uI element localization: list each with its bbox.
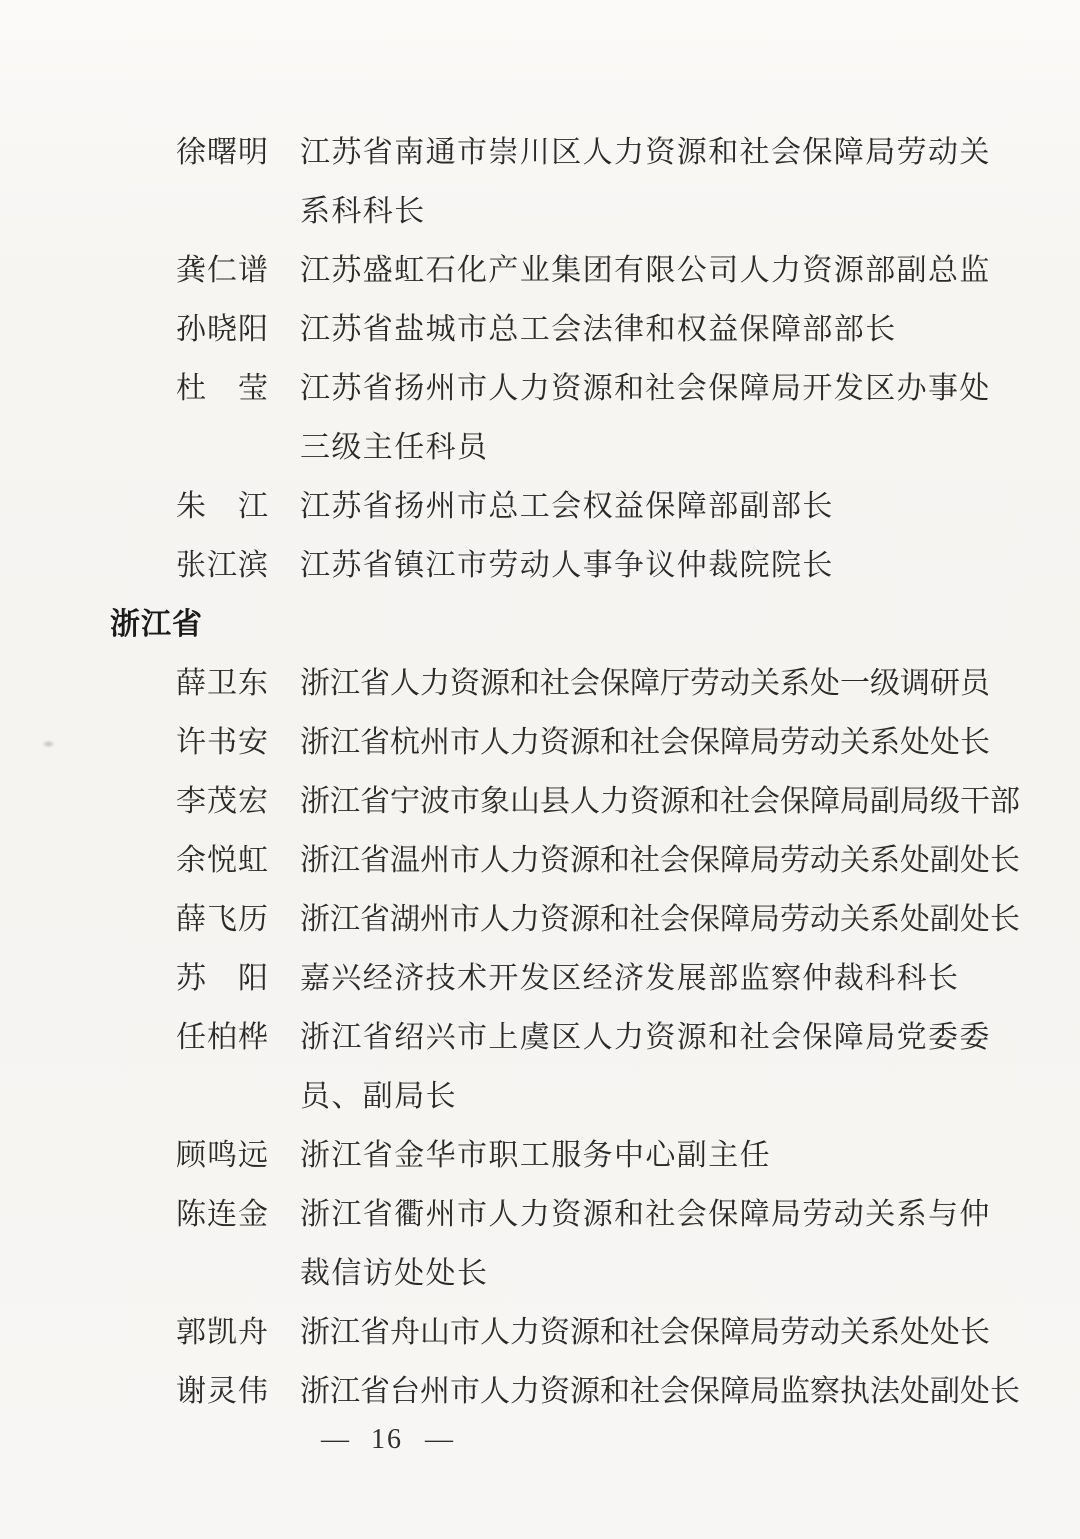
roster-entry: 苏 阳嘉兴经济技术开发区经济发展部监察仲裁科科长 — [176, 949, 1024, 1008]
roster-entry: 顾鸣远浙江省金华市职工服务中心副主任 — [176, 1126, 1024, 1185]
roster-list: 徐曙明江苏省南通市崇川区人力资源和社会保障局劳动关系科科长龚仁谱江苏盛虹石化产业… — [176, 123, 1024, 1421]
person-name: 郭凯舟 — [176, 1303, 300, 1362]
page-footer: — 16 — — [321, 1419, 1024, 1461]
person-title: 江苏盛虹石化产业集团有限公司人力资源部副总监 — [300, 241, 1024, 300]
roster-entry: 余悦虹浙江省温州市人力资源和社会保障局劳动关系处副处长 — [176, 831, 1024, 890]
roster-entry: 薛飞历浙江省湖州市人力资源和社会保障局劳动关系处副处长 — [176, 890, 1024, 949]
person-title: 江苏省镇江市劳动人事争议仲裁院院长 — [300, 536, 1024, 595]
person-title: 浙江省金华市职工服务中心副主任 — [300, 1126, 1024, 1185]
person-title: 江苏省扬州市总工会权益保障部副部长 — [300, 477, 1024, 536]
person-title: 嘉兴经济技术开发区经济发展部监察仲裁科科长 — [300, 949, 1024, 1008]
person-title: 江苏省南通市崇川区人力资源和社会保障局劳动关系科科长 — [300, 123, 1024, 241]
person-name: 杜 莹 — [176, 359, 300, 418]
person-name: 任柏桦 — [176, 1008, 300, 1067]
title-line: 浙江省宁波市象山县人力资源和社会保障局副局级干部 — [300, 772, 1024, 831]
person-title: 浙江省绍兴市上虞区人力资源和社会保障局党委委员、副局长 — [300, 1008, 1024, 1126]
title-line: 浙江省舟山市人力资源和社会保障局劳动关系处处长 — [300, 1303, 1024, 1362]
title-line: 江苏盛虹石化产业集团有限公司人力资源部副总监 — [300, 241, 1024, 300]
person-title: 浙江省湖州市人力资源和社会保障局劳动关系处副处长 — [300, 890, 1024, 949]
person-title: 浙江省宁波市象山县人力资源和社会保障局副局级干部 — [300, 772, 1024, 831]
roster-entry: 杜 莹江苏省扬州市人力资源和社会保障局开发区办事处三级主任科员 — [176, 359, 1024, 477]
title-line: 浙江省衢州市人力资源和社会保障局劳动关系与仲 — [300, 1185, 1024, 1244]
title-line: 浙江省金华市职工服务中心副主任 — [300, 1126, 1024, 1185]
title-line: 江苏省扬州市总工会权益保障部副部长 — [300, 477, 1024, 536]
person-title: 浙江省温州市人力资源和社会保障局劳动关系处副处长 — [300, 831, 1024, 890]
roster-entry: 李茂宏浙江省宁波市象山县人力资源和社会保障局副局级干部 — [176, 772, 1024, 831]
roster-entry: 龚仁谱江苏盛虹石化产业集团有限公司人力资源部副总监 — [176, 241, 1024, 300]
person-name: 薛卫东 — [176, 654, 300, 713]
person-name: 张江滨 — [176, 536, 300, 595]
person-title: 浙江省舟山市人力资源和社会保障局劳动关系处处长 — [300, 1303, 1024, 1362]
person-name: 陈连金 — [176, 1185, 300, 1244]
person-name: 李茂宏 — [176, 772, 300, 831]
person-title: 浙江省衢州市人力资源和社会保障局劳动关系与仲裁信访处处长 — [300, 1185, 1024, 1303]
title-line: 江苏省盐城市总工会法律和权益保障部部长 — [300, 300, 1024, 359]
footer-dash-left: — — [321, 1419, 349, 1461]
person-name: 许书安 — [176, 713, 300, 772]
roster-entry: 朱 江江苏省扬州市总工会权益保障部副部长 — [176, 477, 1024, 536]
title-line: 浙江省人力资源和社会保障厅劳动关系处一级调研员 — [300, 654, 1024, 713]
title-line: 三级主任科员 — [300, 418, 1024, 477]
roster-entry: 郭凯舟浙江省舟山市人力资源和社会保障局劳动关系处处长 — [176, 1303, 1024, 1362]
title-line: 浙江省湖州市人力资源和社会保障局劳动关系处副处长 — [300, 890, 1024, 949]
roster-entry: 许书安浙江省杭州市人力资源和社会保障局劳动关系处处长 — [176, 713, 1024, 772]
page-number: 16 — [371, 1419, 403, 1461]
roster-entry: 陈连金浙江省衢州市人力资源和社会保障局劳动关系与仲裁信访处处长 — [176, 1185, 1024, 1303]
person-title: 浙江省杭州市人力资源和社会保障局劳动关系处处长 — [300, 713, 1024, 772]
title-line: 江苏省南通市崇川区人力资源和社会保障局劳动关 — [300, 123, 1024, 182]
person-name: 顾鸣远 — [176, 1126, 300, 1185]
roster-entry: 任柏桦浙江省绍兴市上虞区人力资源和社会保障局党委委员、副局长 — [176, 1008, 1024, 1126]
person-title: 浙江省台州市人力资源和社会保障局监察执法处副处长 — [300, 1362, 1024, 1421]
title-line: 浙江省杭州市人力资源和社会保障局劳动关系处处长 — [300, 713, 1024, 772]
title-line: 嘉兴经济技术开发区经济发展部监察仲裁科科长 — [300, 949, 1024, 1008]
title-line: 员、副局长 — [300, 1067, 1024, 1126]
title-line: 江苏省镇江市劳动人事争议仲裁院院长 — [300, 536, 1024, 595]
person-name: 苏 阳 — [176, 949, 300, 1008]
person-name: 朱 江 — [176, 477, 300, 536]
person-name: 龚仁谱 — [176, 241, 300, 300]
section-header: 浙江省 — [110, 595, 1024, 654]
title-line: 浙江省台州市人力资源和社会保障局监察执法处副处长 — [300, 1362, 1024, 1421]
title-line: 浙江省绍兴市上虞区人力资源和社会保障局党委委 — [300, 1008, 1024, 1067]
title-line: 系科科长 — [300, 182, 1024, 241]
roster-entry: 张江滨江苏省镇江市劳动人事争议仲裁院院长 — [176, 536, 1024, 595]
document-page: 徐曙明江苏省南通市崇川区人力资源和社会保障局劳动关系科科长龚仁谱江苏盛虹石化产业… — [0, 0, 1080, 1461]
person-title: 江苏省盐城市总工会法律和权益保障部部长 — [300, 300, 1024, 359]
roster-entry: 谢灵伟浙江省台州市人力资源和社会保障局监察执法处副处长 — [176, 1362, 1024, 1421]
person-name: 余悦虹 — [176, 831, 300, 890]
roster-entry: 徐曙明江苏省南通市崇川区人力资源和社会保障局劳动关系科科长 — [176, 123, 1024, 241]
roster-entry: 薛卫东浙江省人力资源和社会保障厅劳动关系处一级调研员 — [176, 654, 1024, 713]
person-name: 薛飞历 — [176, 890, 300, 949]
title-line: 浙江省温州市人力资源和社会保障局劳动关系处副处长 — [300, 831, 1024, 890]
footer-dash-right: — — [425, 1419, 453, 1461]
person-name: 徐曙明 — [176, 123, 300, 182]
person-title: 浙江省人力资源和社会保障厅劳动关系处一级调研员 — [300, 654, 1024, 713]
person-title: 江苏省扬州市人力资源和社会保障局开发区办事处三级主任科员 — [300, 359, 1024, 477]
scan-artifact-dot — [42, 740, 55, 748]
person-name: 孙晓阳 — [176, 300, 300, 359]
title-line: 裁信访处处长 — [300, 1244, 1024, 1303]
person-name: 谢灵伟 — [176, 1362, 300, 1421]
roster-entry: 孙晓阳江苏省盐城市总工会法律和权益保障部部长 — [176, 300, 1024, 359]
title-line: 江苏省扬州市人力资源和社会保障局开发区办事处 — [300, 359, 1024, 418]
